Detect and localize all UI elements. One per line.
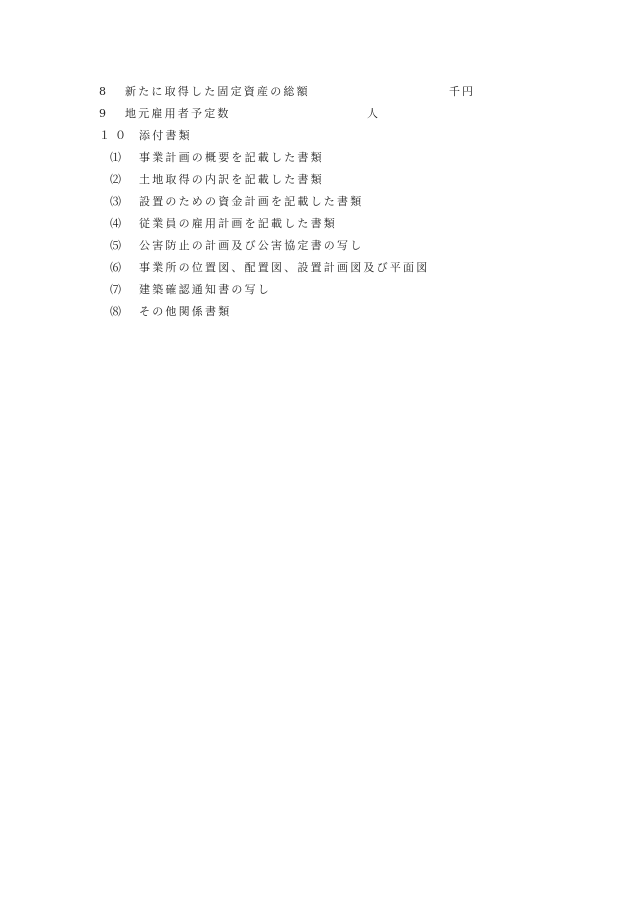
list-marker: ⑹ [110,261,123,275]
list-item-text: 事業所の位置図、配置図、設置計画図及び平面図 [139,261,429,275]
list-item-text: 設置のための資金計画を記載した書類 [139,195,363,209]
list-item-text: 従業員の雇用計画を記載した書類 [139,217,337,231]
list-item-text: 事業計画の概要を記載した書類 [139,151,324,165]
list-marker: ⑴ [110,151,123,165]
list-marker: ⑵ [110,173,123,187]
section-label: 新たに取得した固定資産の総額 [125,85,310,99]
section-number: １０ [99,129,131,143]
document-page: 8 新たに取得した固定資産の総額 千円 9 地元雇用者予定数 人 １０ 添付書類… [0,0,630,903]
section-label: 地元雇用者予定数 [125,107,231,121]
list-item-text: 土地取得の内訳を記載した書類 [139,173,324,187]
list-marker: ⑷ [110,217,123,231]
section-number: 8 [99,85,111,99]
list-marker: ⑻ [110,305,123,319]
list-marker: ⑶ [110,195,123,209]
list-marker: ⑸ [110,239,123,253]
section-number: 9 [99,107,111,121]
section-label: 添付書類 [139,129,192,143]
list-item-text: その他関係書類 [139,305,231,319]
unit-label: 千円 [449,85,475,99]
list-marker: ⑺ [110,283,123,297]
unit-label: 人 [367,107,380,121]
list-item-text: 公害防止の計画及び公害協定書の写し [139,239,363,253]
list-item-text: 建築確認通知書の写し [139,283,271,297]
